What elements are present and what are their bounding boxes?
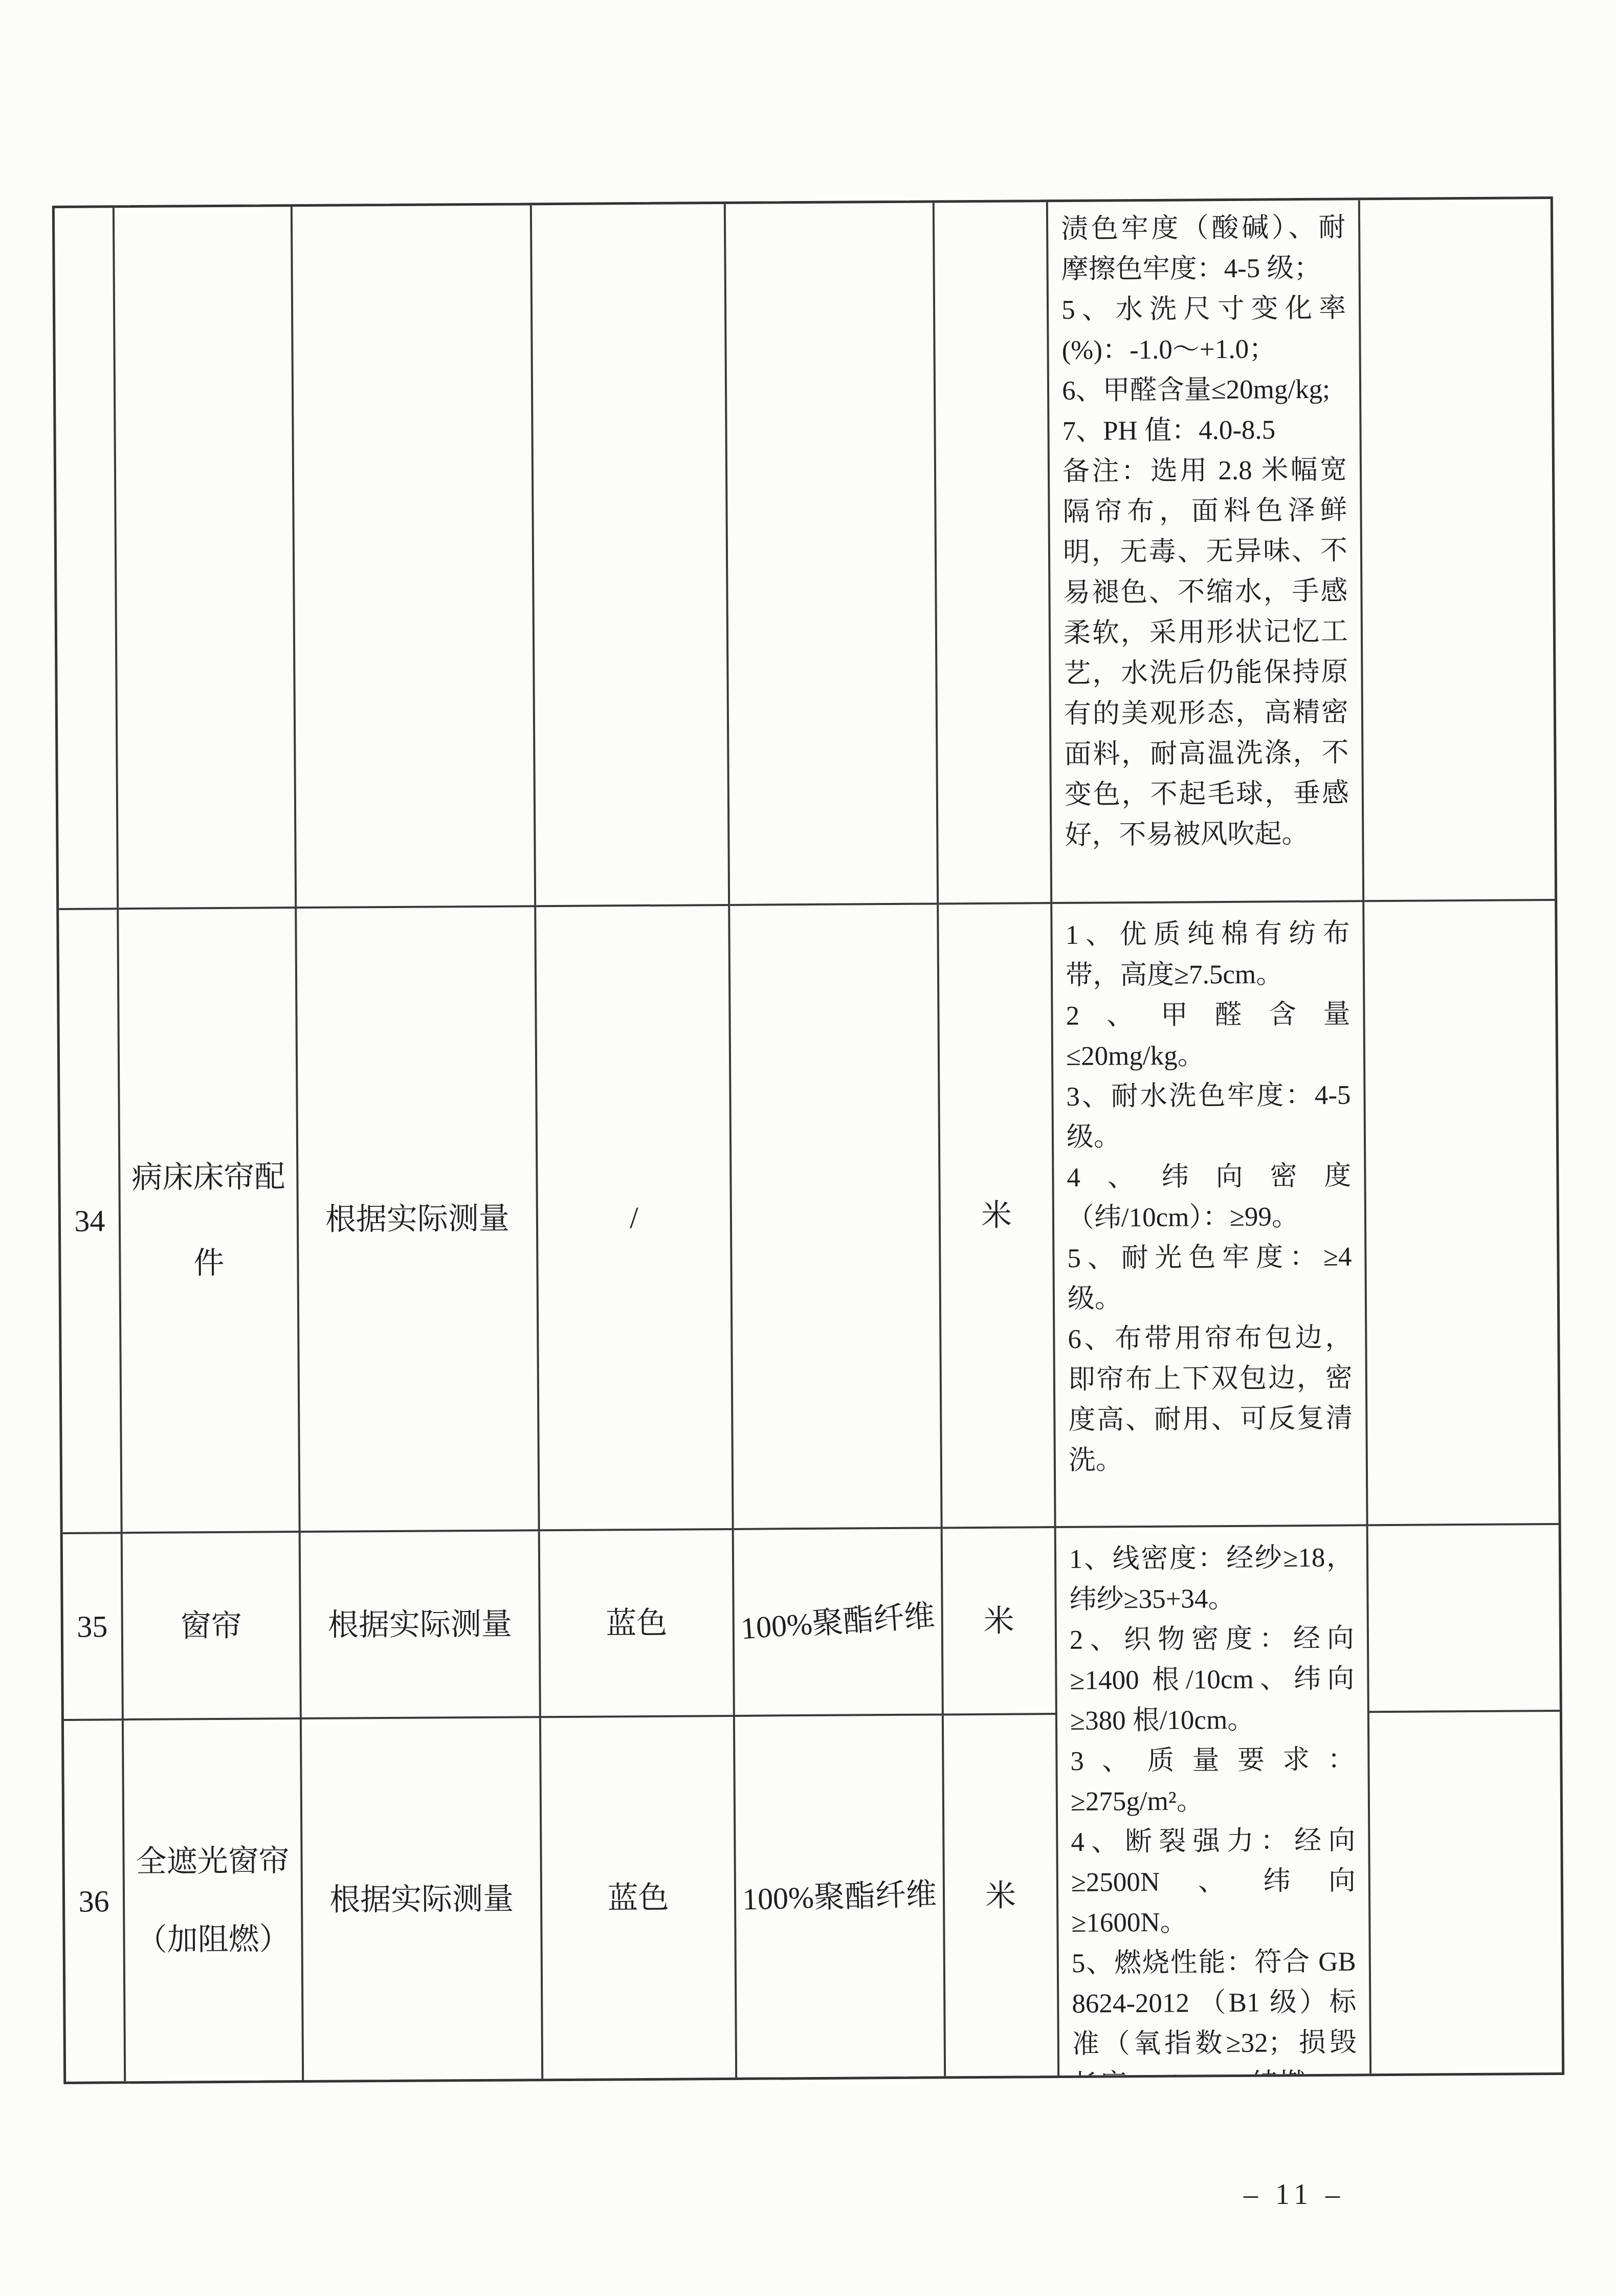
- cell-remarks-34: [1364, 901, 1558, 1526]
- table-grid: 渍色牢度（酸碱）、耐摩擦色牢度：4-5 级；5、水洗尺寸变化率(%)：-1.0～…: [52, 196, 1564, 2084]
- cell-name-34: 病床床帘配件: [119, 909, 300, 1534]
- cell-color-35: 蓝色: [540, 1530, 735, 1718]
- cell-serial-carryover: [55, 208, 119, 910]
- cell-material-35: 100%聚酯纤维: [734, 1529, 944, 1716]
- cell-unit-34: 米: [939, 904, 1056, 1529]
- cell-serial-35: 35: [63, 1534, 124, 1721]
- cell-serial-36: 36: [64, 1720, 126, 2082]
- requirement-paragraph: 7、PH 值：4.0-8.5: [1062, 410, 1346, 452]
- cell-name-36: 全遮光窗帘（加阻燃）: [124, 1719, 304, 2081]
- requirement-paragraph: 6、布带用帘布包边，即帘布上下双包边，密度高、耐用、可反复清洗。: [1068, 1318, 1353, 1481]
- cell-requirements-34: 1、优质纯棉有纺布带，高度≥7.5cm。2、甲醛含量≤20mg/kg。3、耐水洗…: [1052, 902, 1368, 1528]
- cell-remarks-carryover: [1360, 199, 1555, 902]
- cell-name-carryover: [115, 207, 297, 910]
- cell-material-34: [730, 904, 942, 1530]
- material-text: 100%聚酯纤维: [739, 1593, 936, 1651]
- requirement-paragraph: 3、质量要求：≥275g/m²。: [1070, 1739, 1355, 1822]
- color-text: 蓝色: [606, 1600, 668, 1646]
- cell-name-35: 窗帘: [123, 1533, 302, 1720]
- cell-spec-34: 根据实际测量: [297, 907, 540, 1533]
- spec-text: 根据实际测量: [325, 1196, 510, 1243]
- cell-spec-36: 根据实际测量: [302, 1718, 543, 2080]
- specifications-table: 渍色牢度（酸碱）、耐摩擦色牢度：4-5 级；5、水洗尺寸变化率(%)：-1.0～…: [52, 196, 1564, 2084]
- cell-spec-35: 根据实际测量: [301, 1531, 541, 1719]
- name-text: 全遮光窗帘（加阻燃）: [124, 1822, 301, 1979]
- requirement-paragraph: 5、水洗尺寸变化率(%)：-1.0～+1.0；: [1061, 289, 1346, 371]
- cell-material-carryover: [726, 203, 939, 906]
- spec-text: 根据实际测量: [327, 1601, 512, 1648]
- serial-text: 34: [74, 1198, 105, 1244]
- cell-remarks-35: [1368, 1525, 1560, 1713]
- requirement-paragraph: 3、耐水洗色牢度：4-5 级。: [1066, 1075, 1351, 1158]
- cell-requirements-35-36: 1、线密度：经纱≥18，纬纱≥35+34。2、织物密度：经向≥1400 根/10…: [1056, 1526, 1372, 2076]
- color-text: 蓝色: [607, 1874, 669, 1921]
- cell-color-34: /: [536, 906, 734, 1531]
- requirement-paragraph: 6、甲醛含量≤20mg/kg;: [1062, 369, 1346, 411]
- name-text: 病床床帘配件: [120, 1134, 297, 1307]
- cell-material-36: 100%聚酯纤维: [735, 1715, 946, 2077]
- requirement-paragraph: 4、断裂强力：经向≥2500N、纬向≥1600N。: [1071, 1820, 1356, 1943]
- name-text: 窗帘: [180, 1602, 242, 1649]
- color-text: /: [630, 1195, 638, 1241]
- serial-text: 36: [78, 1878, 109, 1924]
- requirement-paragraph: 2、甲醛含量≤20mg/kg。: [1066, 995, 1351, 1077]
- cell-serial-34: 34: [59, 910, 122, 1534]
- requirement-paragraph: 备注：选用 2.8 米幅宽隔帘布，面料色泽鲜明，无毒、无异味、不易褪色、不缩水，…: [1062, 450, 1349, 856]
- cell-unit-36: 米: [944, 1715, 1059, 2076]
- cell-remarks-36: [1369, 1712, 1562, 2073]
- spec-text: 根据实际测量: [329, 1875, 514, 1923]
- unit-text: 米: [983, 1598, 1014, 1644]
- serial-text: 35: [77, 1603, 108, 1649]
- requirement-paragraph: 5、燃烧性能：符合 GB 8624-2012 （B1 级）标准（氧指数≥32；损…: [1072, 1941, 1357, 2076]
- material-text: 100%聚酯纤维: [742, 1871, 937, 1922]
- requirement-paragraph: 2、织物密度：经向≥1400 根/10cm、纬向≥380 根/10cm。: [1070, 1619, 1355, 1741]
- requirement-paragraph: 渍色牢度（酸碱）、耐摩擦色牢度：4-5 级；: [1061, 208, 1346, 290]
- unit-text: 米: [981, 1193, 1012, 1239]
- cell-color-36: 蓝色: [541, 1717, 737, 2079]
- cell-color-carryover: [532, 204, 730, 907]
- cell-spec-carryover: [293, 205, 536, 909]
- page-number: – 11 –: [1202, 2178, 1386, 2211]
- cell-unit-carryover: [935, 202, 1052, 904]
- cell-unit-35: 米: [943, 1528, 1057, 1715]
- cell-requirements-carryover: 渍色牢度（酸碱）、耐摩擦色牢度：4-5 级；5、水洗尺寸变化率(%)：-1.0～…: [1048, 200, 1364, 904]
- requirement-paragraph: 5、耐光色牢度：≥4 级。: [1067, 1237, 1352, 1319]
- requirement-paragraph: 1、线密度：经纱≥18，纬纱≥35+34。: [1069, 1538, 1354, 1620]
- requirement-paragraph: 1、优质纯棉有纺布带，高度≥7.5cm。: [1065, 914, 1350, 996]
- unit-text: 米: [985, 1872, 1016, 1918]
- requirement-paragraph: 4、纬向密度（纬/10cm）：≥99。: [1067, 1156, 1352, 1239]
